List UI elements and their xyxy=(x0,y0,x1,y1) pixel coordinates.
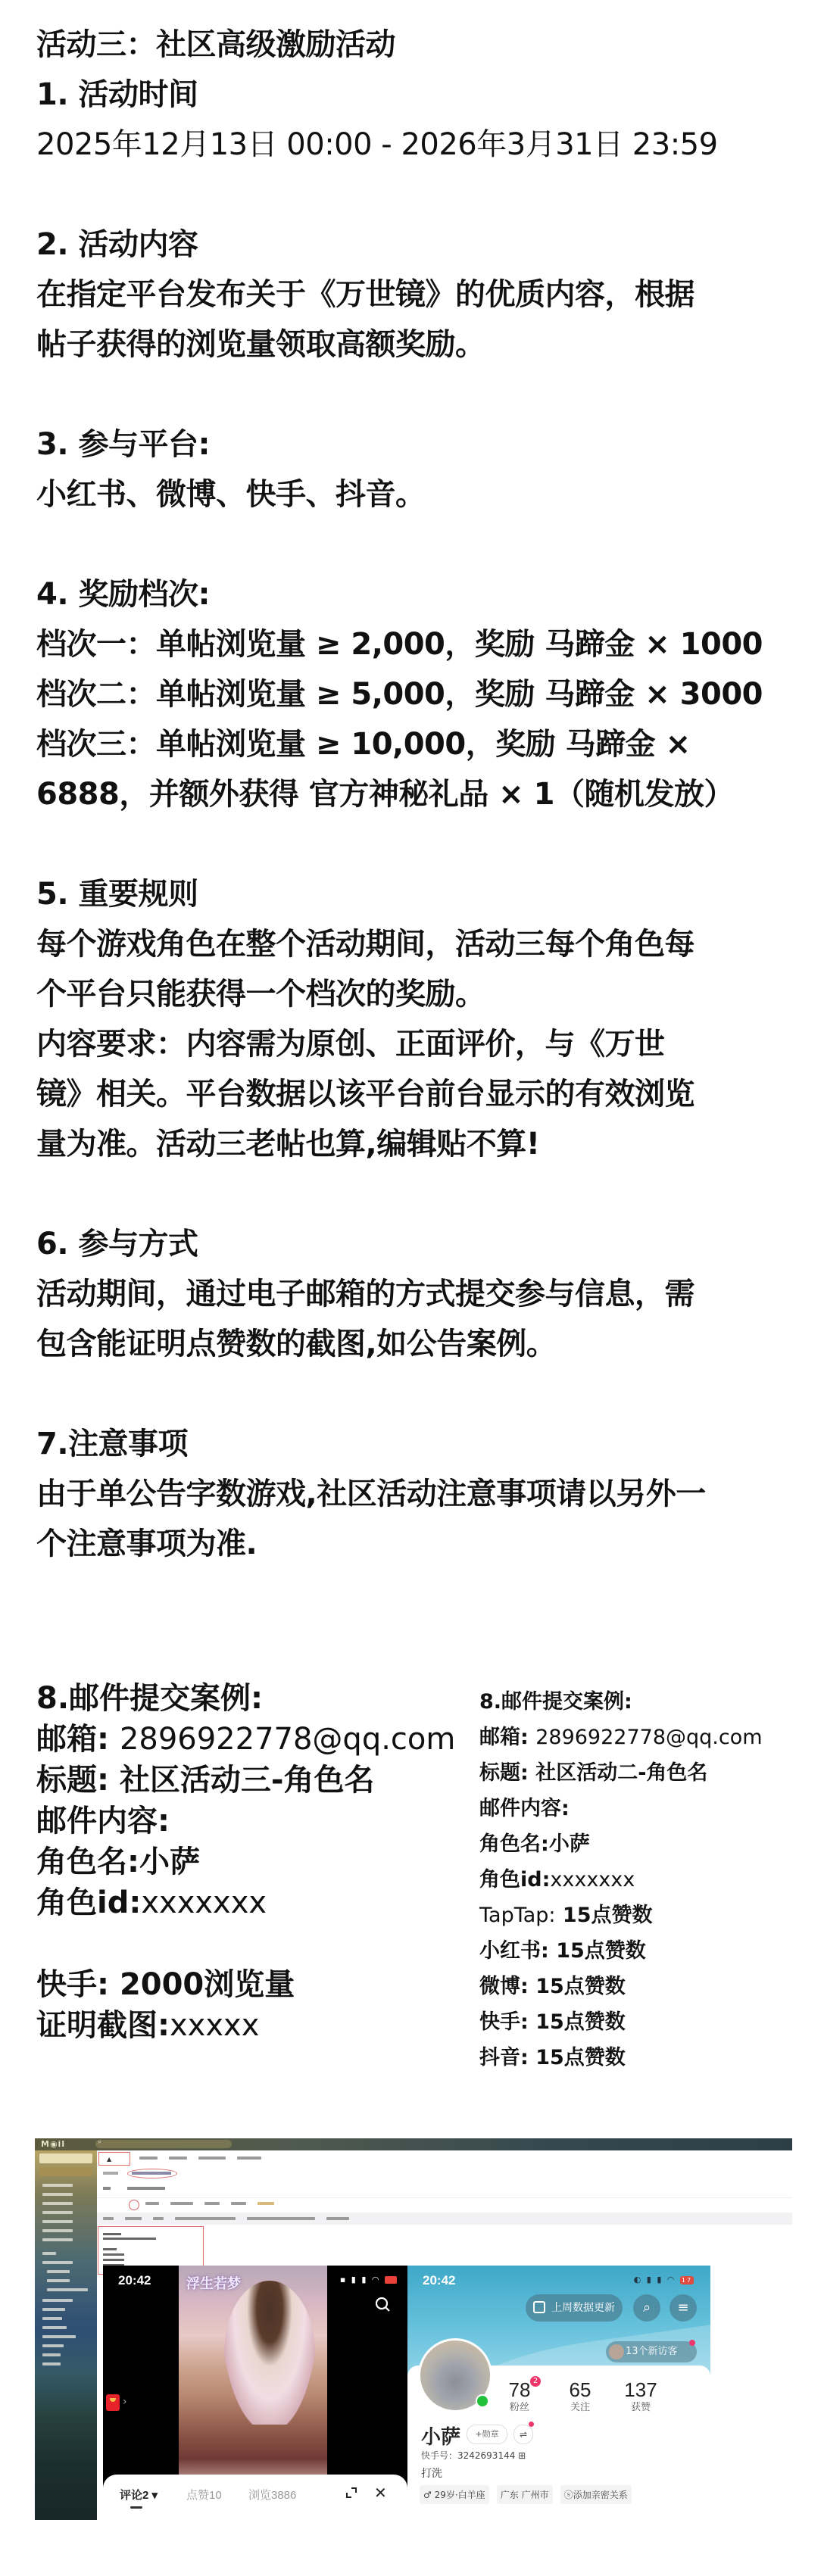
sidebar-item[interactable] xyxy=(42,2238,73,2241)
role-name-row: 角色名:小萨 xyxy=(36,1842,455,1882)
section-heading-notes: 7.注意事项 xyxy=(36,1419,801,1469)
mail-client-screenshot: M◉il ⌕ ▲ xyxy=(35,2138,792,2520)
stat-label: 关注 xyxy=(557,2400,603,2414)
proof-value: xxxxx xyxy=(170,2008,259,2043)
active-tab-indicator xyxy=(130,2506,142,2509)
email-example-old: 8.邮件提交案例: 邮箱: 2896922778@qq.com 标题: 社区活动… xyxy=(479,1684,763,2075)
section-heading-rewards: 4. 奖励档次: xyxy=(36,569,801,619)
notes-line: 由于单公告字数游戏,社区活动注意事项请以另外一 xyxy=(36,1469,801,1519)
battery-icon xyxy=(385,2276,397,2284)
add-medal-button[interactable]: +勋章 xyxy=(467,2425,507,2444)
video-poster: 浮生若梦 xyxy=(179,2266,327,2485)
stat-value: 137 xyxy=(618,2379,663,2400)
notification-dot xyxy=(529,2422,534,2427)
section-heading-time: 1. 活动时间 xyxy=(36,70,801,120)
email-address: 2896922778@qq.com xyxy=(120,1722,455,1757)
body-text-line xyxy=(103,2253,124,2256)
tab-likes[interactable]: 点赞10 xyxy=(186,2487,222,2503)
kuaishou-id: 快手号：3242693144 ⊞ xyxy=(421,2449,526,2462)
email-address-row: 邮箱: 2896922778@qq.com xyxy=(36,1719,455,1760)
insert-toolbar xyxy=(97,2197,792,2212)
likes-value: 15点赞数 xyxy=(535,2010,626,2034)
reward-tier: 档次三：单帖浏览量 ≥ 10,000，奖励 马蹄金 × xyxy=(36,719,801,769)
tag-age: ♂ 29岁·白羊座 xyxy=(420,2485,489,2504)
sidebar-item[interactable] xyxy=(42,2317,62,2320)
role-name-row: 角色名:小萨 xyxy=(479,1826,763,1862)
subject-label: 标题: xyxy=(479,1761,529,1785)
sidebar-item[interactable] xyxy=(42,2193,73,2196)
toolbar-item[interactable] xyxy=(170,2202,193,2205)
email-example-heading: 8.邮件提交案例: xyxy=(36,1678,455,1719)
battery-icon: 17 xyxy=(680,2276,694,2284)
visitor-avatar xyxy=(609,2344,624,2359)
email-example-main: 8.邮件提交案例: 邮箱: 2896922778@qq.com 标题: 社区活动… xyxy=(36,1678,455,2046)
rules-line: 镜》相关。平台数据以该平台前台显示的有效浏览 xyxy=(36,1069,801,1119)
kuaishou-video-screenshot: 浮生若梦 20:42 ▪ ▮ ▮ ◠ › 评论2 ▾ 点赞10 浏览3886 ✕ xyxy=(103,2266,407,2520)
kuaishou-profile-screenshot: 20:42 ◐ ▮ ▮ ◠ 17 上周数据更新 ⌕ ≡ 13个新访客 78 粉丝… xyxy=(407,2266,710,2520)
status-time: 20:42 xyxy=(423,2273,455,2288)
toolbar-item[interactable] xyxy=(198,2157,226,2160)
tab-views[interactable]: 浏览3886 xyxy=(248,2487,296,2503)
online-status-dot xyxy=(476,2394,489,2408)
mail-logo: M◉il xyxy=(41,2139,65,2149)
compose-button[interactable] xyxy=(39,2153,92,2163)
compose-pane: ▲ xyxy=(97,2150,792,2264)
toolbar-item[interactable] xyxy=(139,2157,158,2160)
reward-tier: 档次二：单帖浏览量 ≥ 5,000，奖励 马蹄金 × 3000 xyxy=(36,669,801,719)
body-text-line xyxy=(103,2259,124,2261)
send-icon: ▲ xyxy=(107,2156,111,2163)
likes-value: 15点赞数 xyxy=(556,1939,646,1963)
likes-row: 快手: 15点赞数 xyxy=(479,2004,763,2040)
tab-comments[interactable]: 评论2 ▾ xyxy=(120,2487,158,2503)
mail-topbar: M◉il ⌕ xyxy=(35,2138,792,2150)
search-icon: ⌕ xyxy=(98,2138,101,2146)
section-heading-rules: 5. 重要规则 xyxy=(36,869,801,919)
content-line: 在指定平台发布关于《万世镜》的优质内容，根据 xyxy=(36,270,801,320)
role-id-label: 角色id: xyxy=(479,1868,550,1891)
status-icons: ◐ ▮ ▮ ◠ 17 xyxy=(634,2275,694,2284)
sidebar-item[interactable] xyxy=(42,2335,76,2338)
mail-sidebar xyxy=(35,2150,97,2520)
toolbar-item[interactable] xyxy=(145,2202,159,2205)
sidebar-item[interactable] xyxy=(42,2184,73,2187)
sidebar-group-label xyxy=(42,2252,56,2255)
subject-value: 社区活动二-角色名 xyxy=(535,1761,707,1785)
sidebar-item[interactable] xyxy=(42,2211,73,2214)
role-id-label: 角色id: xyxy=(36,1885,141,1920)
platform-views: 2000浏览量 xyxy=(120,1967,295,2002)
chevron-right-icon: › xyxy=(123,2396,127,2408)
sidebar-item[interactable] xyxy=(42,2308,65,2311)
sidebar-item[interactable] xyxy=(42,2362,61,2365)
toolbar-item[interactable] xyxy=(247,2217,315,2220)
search-icon: ⌕ xyxy=(643,2300,651,2316)
status-time: 20:42 xyxy=(118,2273,151,2288)
proof-label: 证明截图: xyxy=(36,2008,170,2043)
email-address-row: 邮箱: 2896922778@qq.com xyxy=(479,1720,763,1755)
email-examples: 8.邮件提交案例: 邮箱: 2896922778@qq.com 标题: 社区活动… xyxy=(0,1678,824,2125)
sidebar-item[interactable] xyxy=(42,2344,64,2347)
proof-row: 证明截图:xxxxx xyxy=(36,2005,455,2046)
content-line: 帖子获得的浏览量领取高额奖励。 xyxy=(36,320,801,370)
toolbar-item[interactable] xyxy=(125,2217,142,2220)
sidebar-item[interactable] xyxy=(42,2326,67,2329)
likes-value: 15点赞数 xyxy=(535,2046,626,2069)
menu-button[interactable]: ≡ xyxy=(669,2294,697,2322)
compose-toolbar xyxy=(139,2154,269,2162)
notification-dot xyxy=(689,2340,695,2346)
rules-line: 量为准。活动三老帖也算,编辑贴不算! xyxy=(36,1119,801,1169)
subject-value: 社区活动三-角色名 xyxy=(120,1763,375,1798)
subject-row: 标题: 社区活动三-角色名 xyxy=(36,1760,455,1801)
toolbar-item[interactable] xyxy=(326,2217,349,2220)
stat-likes[interactable]: 137 获赞 xyxy=(618,2379,663,2414)
stat-value: 65 xyxy=(557,2379,603,2400)
rules-line: 每个游戏角色在整个活动期间，活动三每个角色每 xyxy=(36,919,801,969)
role-id-value: xxxxxxx xyxy=(141,1885,267,1920)
likes-platform: 微博: xyxy=(479,1975,529,1998)
sidebar-item[interactable] xyxy=(42,2353,61,2356)
expand-icon[interactable] xyxy=(345,2487,357,2499)
format-toolbar xyxy=(97,2213,792,2225)
body-text-line xyxy=(103,2238,156,2240)
rules-line: 个平台只能获得一个档次的奖励。 xyxy=(36,969,801,1019)
profile-name: 小萨 xyxy=(421,2422,460,2450)
poster-character xyxy=(224,2281,315,2425)
recipient-field[interactable] xyxy=(132,2172,171,2175)
likes-value: 15点赞数 xyxy=(563,1904,653,1927)
sidebar-item[interactable] xyxy=(47,2279,70,2282)
search-icon[interactable] xyxy=(374,2296,391,2312)
toolbar-item[interactable] xyxy=(169,2157,187,2160)
sidebar-item[interactable] xyxy=(42,2261,73,2264)
role-name-value: 小萨 xyxy=(549,1832,590,1856)
toolbar-item[interactable] xyxy=(175,2217,236,2220)
likes-row: 微博: 15点赞数 xyxy=(479,1969,763,2004)
sidebar-item[interactable] xyxy=(47,2270,70,2273)
likes-platform: 快手: xyxy=(479,2010,529,2034)
rules-line: 内容要求：内容需为原创、正面评价，与《万世 xyxy=(36,1019,801,1069)
hamburger-icon: ≡ xyxy=(677,2300,688,2316)
section-heading-platforms: 3. 参与平台: xyxy=(36,419,801,469)
profile-bio: 打洗 xyxy=(421,2465,442,2481)
role-id-row: 角色id:xxxxxxx xyxy=(36,1882,455,1923)
attachment-highlight[interactable] xyxy=(129,2200,139,2210)
new-visitors-button[interactable]: 13个新访客 xyxy=(606,2341,697,2362)
sidebar-item[interactable] xyxy=(47,2288,88,2291)
toolbar-item[interactable] xyxy=(153,2217,164,2220)
red-envelope-icon[interactable] xyxy=(106,2394,120,2411)
role-id-value: xxxxxxx xyxy=(550,1868,635,1891)
body-text-line xyxy=(103,2233,121,2235)
followers-badge: 2 xyxy=(530,2376,541,2387)
subject-row: 标题: 社区活动二-角色名 xyxy=(479,1755,763,1791)
toolbar-item[interactable] xyxy=(257,2202,274,2205)
close-icon[interactable]: ✕ xyxy=(374,2484,387,2502)
toolbar-item[interactable] xyxy=(103,2217,114,2220)
email-label: 邮箱: xyxy=(479,1726,529,1749)
body-text-line xyxy=(103,2248,117,2250)
platform-label: 快手: xyxy=(36,1967,109,2002)
stat-label: 粉丝 xyxy=(497,2400,542,2414)
section-heading-content: 2. 活动内容 xyxy=(36,220,801,270)
likes-row: TapTap: 15点赞数 xyxy=(479,1898,763,1933)
likes-platform: TapTap: xyxy=(479,1904,556,1927)
stat-following[interactable]: 65 关注 xyxy=(557,2379,603,2414)
subject-label: 标题: xyxy=(36,1763,109,1798)
switch-account-button[interactable]: ⇌ xyxy=(513,2425,533,2444)
mail-search-input[interactable]: ⌕ xyxy=(95,2140,232,2148)
body-label: 邮件内容: xyxy=(479,1791,763,1826)
calendar-chart-icon xyxy=(533,2301,545,2313)
sidebar-item[interactable] xyxy=(42,2229,73,2232)
subject-field[interactable] xyxy=(127,2187,165,2190)
comment-panel: 评论2 ▾ 点赞10 浏览3886 ✕ xyxy=(103,2475,407,2520)
tag-location: 广东 广州市 xyxy=(497,2485,553,2504)
platform-views-row: 快手: 2000浏览量 xyxy=(36,1964,455,2005)
role-name-label: 角色名: xyxy=(479,1832,549,1856)
data-update-label: 上周数据更新 xyxy=(551,2302,615,2314)
sidebar-item[interactable] xyxy=(42,2202,73,2205)
activity-time-value: 2025年12月13日 00:00 - 2026年3月31日 23:59 xyxy=(36,120,801,170)
toolbar-item[interactable] xyxy=(231,2202,246,2205)
email-address: 2896922778@qq.com xyxy=(535,1726,762,1749)
search-button[interactable]: ⌕ xyxy=(633,2294,660,2322)
method-line: 包含能证明点赞数的截图,如公告案例。 xyxy=(36,1319,801,1369)
likes-platform: 小红书: xyxy=(479,1939,549,1963)
sidebar-item[interactable] xyxy=(42,2299,73,2302)
data-update-button[interactable]: 上周数据更新 xyxy=(526,2294,623,2322)
likes-row: 小红书: 15点赞数 xyxy=(479,1933,763,1969)
profile-tags: ♂ 29岁·白羊座 广东 广州市 ⓢ添加亲密关系 xyxy=(420,2485,635,2504)
add-relationship-button[interactable]: ⓢ添加亲密关系 xyxy=(560,2485,632,2504)
example-screenshot: M◉il ⌕ ▲ xyxy=(35,2138,792,2520)
likes-platform: 抖音: xyxy=(479,2046,529,2069)
page-title: 活动三：社区高级激励活动 xyxy=(36,20,801,70)
sidebar-item[interactable] xyxy=(42,2220,73,2223)
email-label: 邮箱: xyxy=(36,1722,109,1757)
subject-field-label xyxy=(103,2187,111,2190)
recipient-label xyxy=(103,2172,118,2175)
status-bar: 20:42 ▪ ▮ ▮ ◠ xyxy=(103,2266,407,2293)
likes-value: 15点赞数 xyxy=(535,1975,626,1998)
status-icons: ▪ ▮ ▮ ◠ xyxy=(340,2275,397,2284)
toolbar-item[interactable] xyxy=(204,2202,220,2205)
notes-line: 个注意事项为准. xyxy=(36,1519,801,1569)
announcement: 活动三：社区高级激励活动 1. 活动时间 2025年12月13日 00:00 -… xyxy=(36,20,801,1569)
toolbar-item[interactable] xyxy=(237,2157,261,2160)
platforms-value: 小红书、微博、快手、抖音。 xyxy=(36,469,801,519)
role-name-value: 小萨 xyxy=(139,1845,200,1879)
stat-label: 获赞 xyxy=(618,2400,663,2414)
reward-tier: 6888，并额外获得 官方神秘礼品 × 1（随机发放） xyxy=(36,769,801,819)
likes-row: 抖音: 15点赞数 xyxy=(479,2040,763,2075)
reward-tier: 档次一：单帖浏览量 ≥ 2,000，奖励 马蹄金 × 1000 xyxy=(36,619,801,669)
body-label: 邮件内容: xyxy=(36,1801,455,1842)
role-id-row: 角色id:xxxxxxx xyxy=(479,1862,763,1898)
send-button[interactable]: ▲ xyxy=(98,2152,130,2166)
method-line: 活动期间，通过电子邮箱的方式提交参与信息，需 xyxy=(36,1269,801,1319)
email-example-heading: 8.邮件提交案例: xyxy=(479,1684,763,1720)
role-name-label: 角色名: xyxy=(36,1845,139,1879)
section-heading-method: 6. 参与方式 xyxy=(36,1219,801,1269)
new-visitors-label: 13个新访客 xyxy=(626,2346,678,2357)
account-switcher[interactable] xyxy=(39,2167,92,2176)
